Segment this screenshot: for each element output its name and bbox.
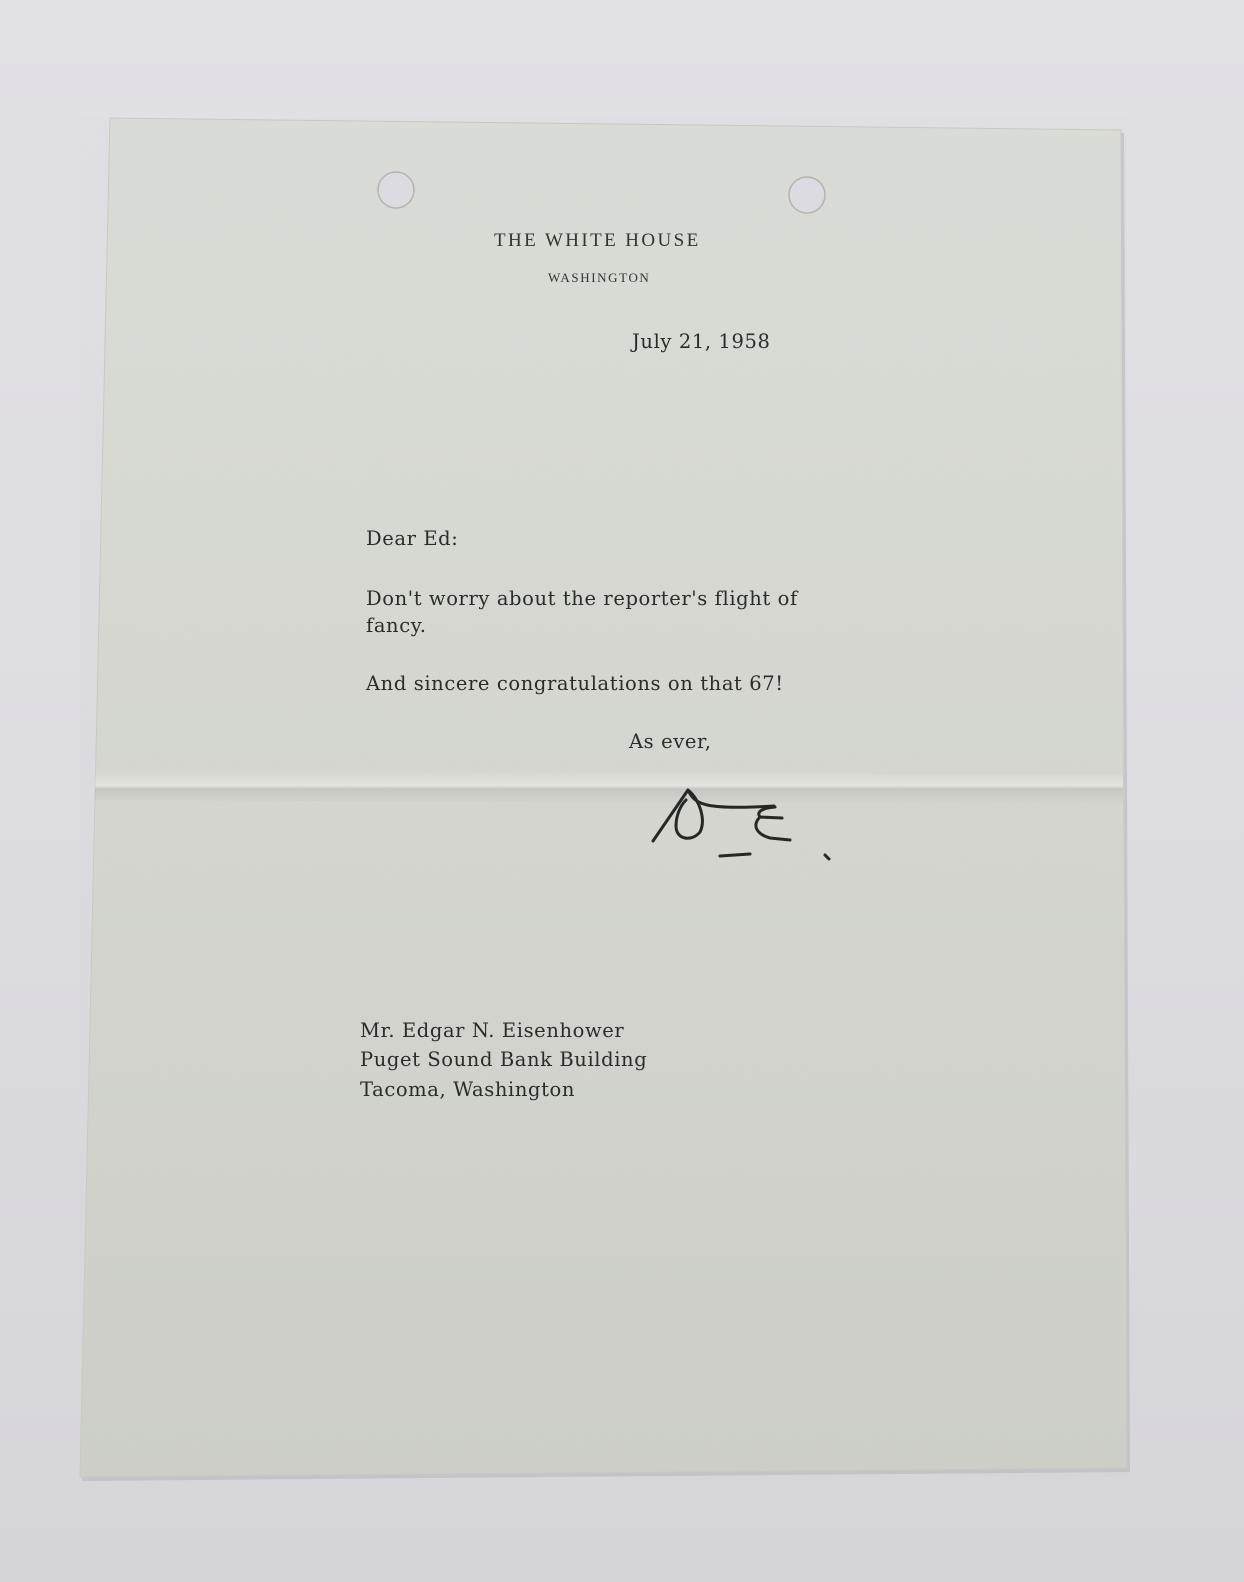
paragraph-2-line-1: And sincere congratulations on that 67! <box>366 672 784 695</box>
recipient-address-line-1: Puget Sound Bank Building <box>360 1048 647 1071</box>
closing: As ever, <box>629 730 712 753</box>
letterhead-title: THE WHITE HOUSE <box>494 230 701 252</box>
recipient-address-line-2: Tacoma, Washington <box>360 1078 575 1101</box>
letterhead-location: WASHINGTON <box>548 270 650 286</box>
punch-hole-left <box>378 172 414 208</box>
letter-date: July 21, 1958 <box>632 330 770 353</box>
recipient-name: Mr. Edgar N. Eisenhower <box>360 1019 624 1042</box>
paragraph-1-line-2: fancy. <box>366 614 427 637</box>
punch-hole-right <box>789 177 825 213</box>
paragraph-1-line-1: Don't worry about the reporter's flight … <box>366 587 798 610</box>
salutation: Dear Ed: <box>366 527 458 550</box>
